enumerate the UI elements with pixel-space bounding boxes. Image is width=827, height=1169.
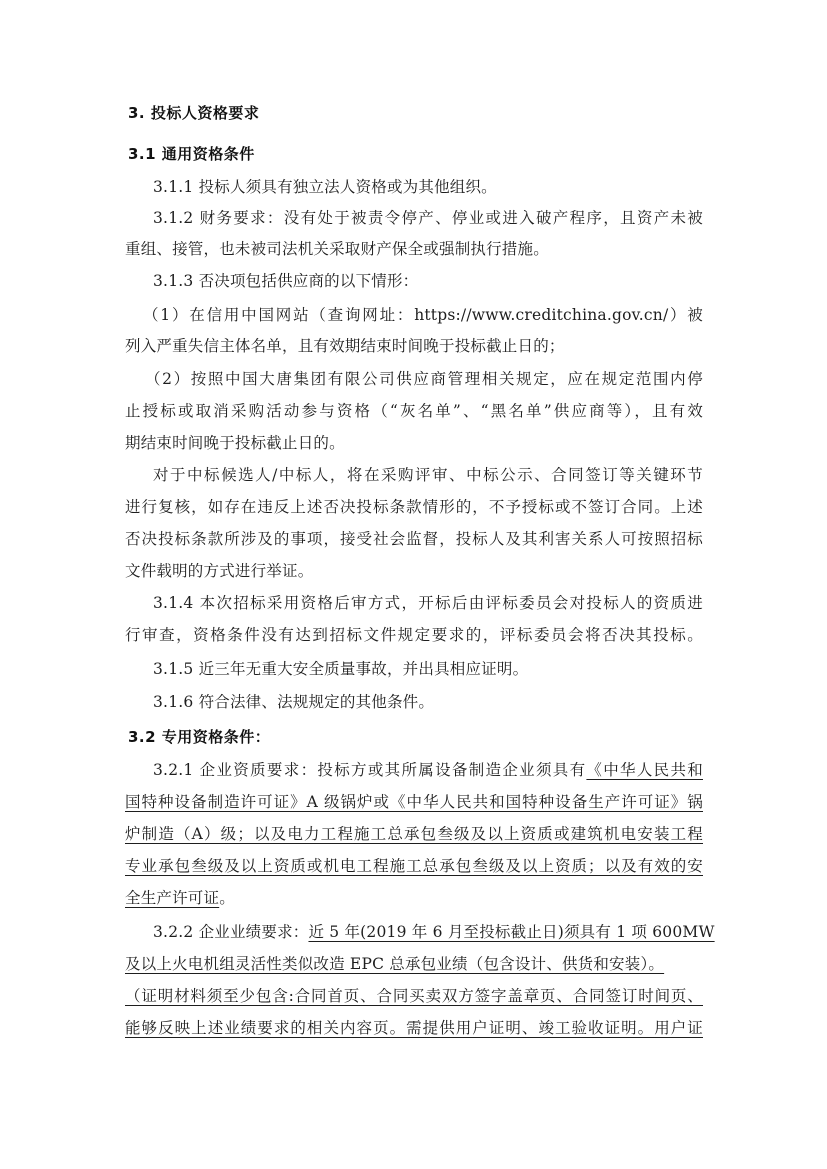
section-heading: 3. 投标人资格要求 <box>128 103 706 123</box>
clause-3-2-1-line1: 3.2.1 企业资质要求：投标方或其所属设备制造企业须具有《中华人民共和 <box>153 760 703 780</box>
clause-3-1-1: 3.1.1 投标人须具有独立法人资格或为其他组织。 <box>153 177 703 197</box>
clause-3-2-2-line1: 3.2.2 企业业绩要求：近 5 年(2019 年 6 月至投标截止日)须具有 … <box>153 922 703 942</box>
clause-3-2-2-line3: （证明材料须至少包含:合同首页、合同买卖双方签字盖章页、合同签订时间页、 <box>125 986 703 1006</box>
clause-3-2-2-line2: 及以上火电机组灵活性类似改造 EPC 总承包业绩（包含设计、供货和安装）。 <box>125 954 703 974</box>
clause-3-2-1-line2: 国特种设备制造许可证》A 级锅炉或《中华人民共和国特种设备生产许可证》锅 <box>125 792 703 812</box>
subsection-heading-3-1: 3.1 通用资格条件 <box>128 144 706 164</box>
clause-3-2-2-underlined-2: 及以上火电机组灵活性类似改造 EPC 总承包业绩（包含设计、供货和安装）。 <box>125 955 664 973</box>
condition-2-line2: 止授标或取消采购活动参与资格（“灰名单”、“黑名单”供应商等），且有效 <box>125 401 703 421</box>
clause-3-2-1-line3: 炉制造（A）级；以及电力工程施工总承包叁级及以上资质或建筑机电安装工程 <box>125 824 703 844</box>
clause-3-1-4-line2: 行审查，资格条件没有达到招标文件规定要求的，评标委员会将否决其投标。 <box>125 625 703 645</box>
clause-3-2-1-line5: 全生产许可证。 <box>125 888 703 908</box>
condition-1-line1: （1）在信用中国网站（查询网址：https://www.creditchina.… <box>143 305 703 325</box>
clause-3-1-4-line1: 3.1.4 本次招标采用资格后审方式，开标后由评标委员会对投标人的资质进 <box>153 593 703 613</box>
condition-2-line3: 期结束时间晚于投标截止日的。 <box>125 433 703 453</box>
review-paragraph-line4: 文件载明的方式进行举证。 <box>125 561 703 581</box>
clause-3-1-2-line1: 3.1.2 财务要求：没有处于被责令停产、停业或进入破产程序，且资产未被 <box>153 208 703 228</box>
clause-3-2-2-line4: 能够反映上述业绩要求的相关内容页。需提供用户证明、竣工验收证明。用户证 <box>125 1018 703 1038</box>
clause-3-1-2-line2: 重组、接管，也未被司法机关采取财产保全或强制执行措施。 <box>125 239 703 259</box>
review-paragraph-line3: 否决投标条款所涉及的事项，接受社会监督，投标人及其利害关系人可按照招标 <box>125 529 703 549</box>
clause-3-2-1-tail: 。 <box>219 889 235 907</box>
condition-1-line2: 列入严重失信主体名单，且有效期结束时间晚于投标截止日的； <box>125 336 703 356</box>
clause-3-2-2-prefix: 3.2.2 企业业绩要求： <box>153 923 308 941</box>
clause-3-1-5: 3.1.5 近三年无重大安全质量事故，并出具相应证明。 <box>153 659 703 679</box>
condition-2-line1: （2）按照中国大唐集团有限公司供应商管理相关规定，应在规定范围内停 <box>145 369 703 389</box>
clause-3-2-1-underlined-5: 全生产许可证 <box>125 889 219 907</box>
clause-3-2-2-underlined-1: 近 5 年(2019 年 6 月至投标截止日)须具有 1 项 600MW <box>308 923 714 941</box>
review-paragraph-line2: 进行复核，如存在违反上述否决投标条款情形的，不予授标或不签订合同。上述 <box>125 497 703 517</box>
clause-3-1-6: 3.1.6 符合法律、法规规定的其他条件。 <box>153 692 703 712</box>
clause-3-1-3: 3.1.3 否决项包括供应商的以下情形： <box>153 271 703 291</box>
subsection-heading-3-2: 3.2 专用资格条件： <box>128 727 706 747</box>
clause-3-2-1-line4: 专业承包叁级及以上资质或机电工程施工总承包叁级及以上资质；以及有效的安 <box>125 856 703 876</box>
review-paragraph-line1: 对于中标候选人/中标人，将在采购评审、中标公示、合同签订等关键环节 <box>153 465 703 485</box>
clause-3-2-1-prefix: 3.2.1 企业资质要求：投标方或其所属设备制造企业须具有 <box>153 761 586 779</box>
clause-3-2-1-underlined-1: 《中华人民共和 <box>586 761 703 779</box>
